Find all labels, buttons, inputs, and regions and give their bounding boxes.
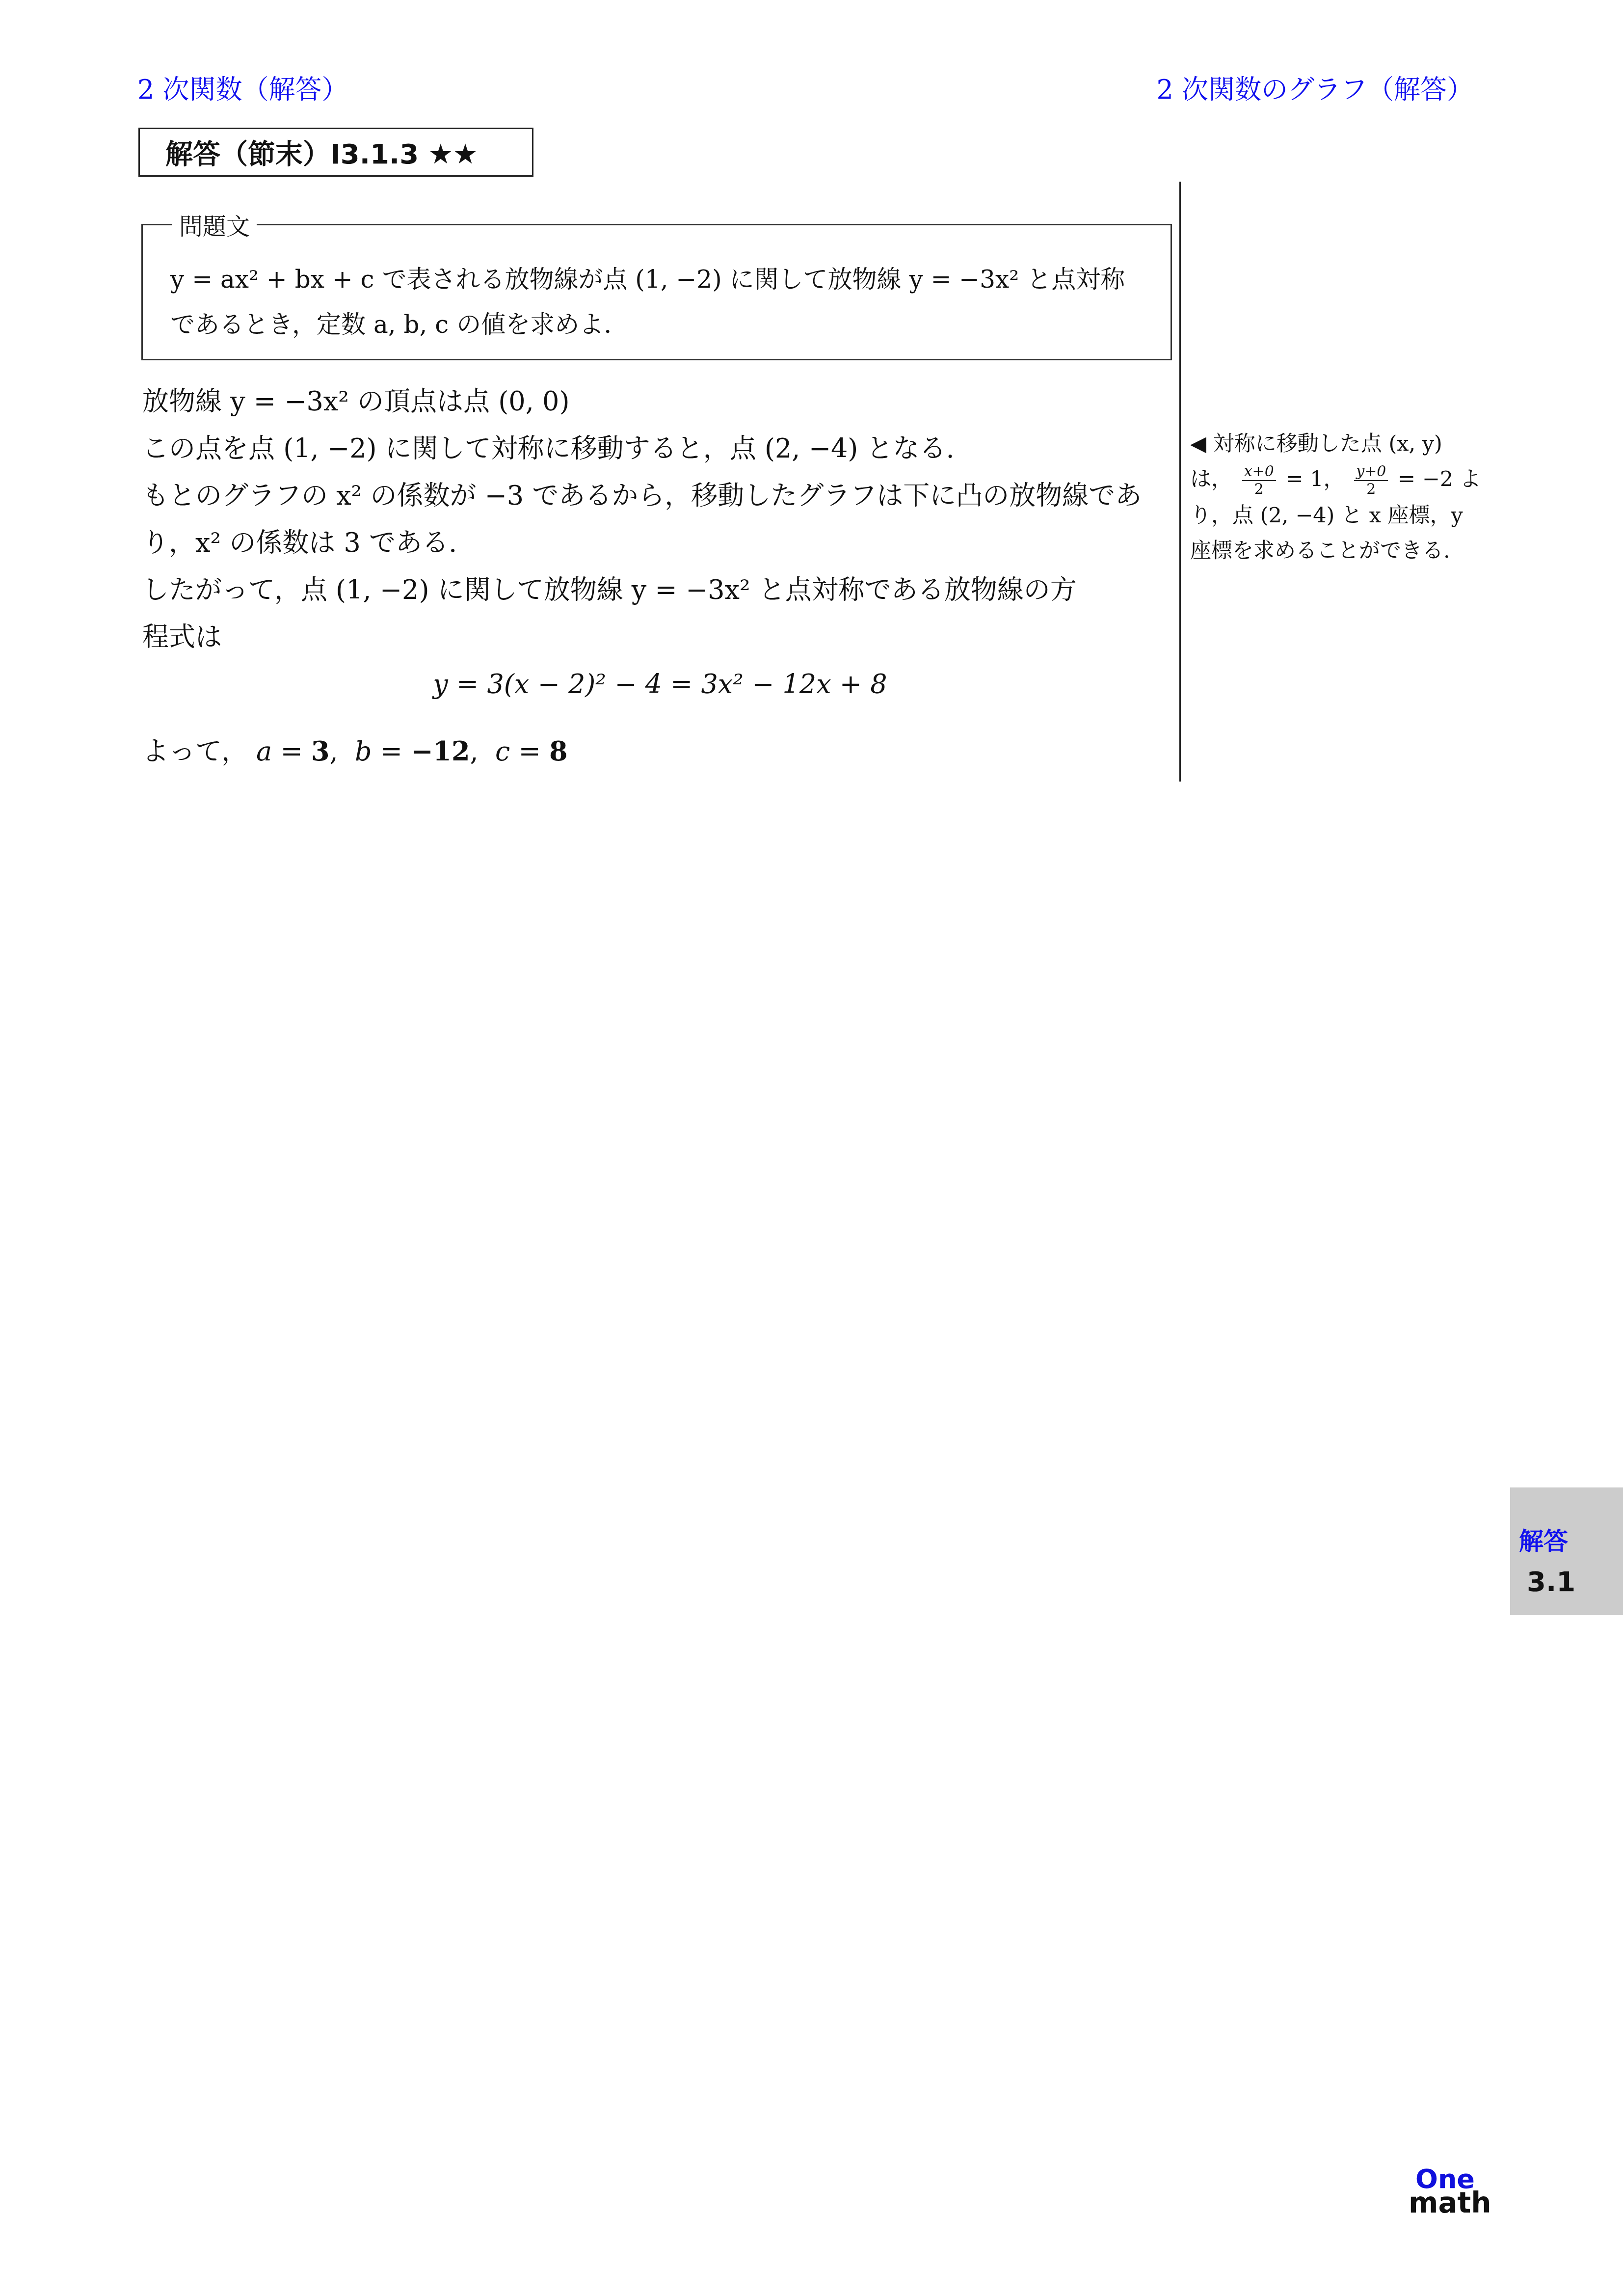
fraction-numerator: x+0 xyxy=(1242,463,1276,481)
solution-line: もとのグラフの x² の係数が −3 であるから，移動したグラフは下に凸の放物線… xyxy=(142,472,1178,519)
problem-statement-text: y = ax² + bx + c で表される放物線が点 (1, −2) に関して… xyxy=(170,257,1151,347)
logo-math-text: math xyxy=(1409,2191,1491,2215)
fraction-denominator: 2 xyxy=(1242,481,1276,498)
running-header-section: 2 次関数のグラフ（解答） xyxy=(1156,69,1473,107)
margin-divider xyxy=(1179,182,1181,782)
onemath-logo: One math xyxy=(1409,2167,1491,2215)
running-header-chapter: 2 次関数（解答） xyxy=(137,69,348,107)
problem-line-1: y = ax² + bx + c で表される放物線が点 (1, −2) に関して… xyxy=(170,257,1151,302)
margin-note-text: = −2 よ xyxy=(1398,467,1481,491)
solution-line: 程式は xyxy=(142,614,1178,661)
answer-prefix: よって， xyxy=(142,736,248,767)
solution-line: 放物線 y = −3x² の頂点は点 (0, 0) xyxy=(142,378,1178,425)
answer-c-value: 8 xyxy=(549,735,568,767)
solution-line: り，x² の係数は 3 である. xyxy=(142,519,1178,567)
margin-note-line-3: り，点 (2, −4) と x 座標，y xyxy=(1190,498,1494,533)
fraction-numerator: y+0 xyxy=(1354,463,1388,481)
problem-title: 解答（節末）I3.1.3 ★★ xyxy=(165,133,478,172)
problem-statement-box: 問題文 y = ax² + bx + c で表される放物線が点 (1, −2) … xyxy=(141,224,1172,360)
answer-b-label: b = xyxy=(355,736,411,767)
section-thumb-tab: 解答 3.1 xyxy=(1510,1487,1623,1615)
problem-line-2: であるとき，定数 a, b, c の値を求めよ. xyxy=(170,302,1151,347)
final-answer: よって， a = 3, b = −12, c = 8 xyxy=(142,728,1178,775)
triangle-left-icon: ◀ xyxy=(1190,432,1206,456)
problem-statement-label: 問題文 xyxy=(172,208,257,242)
section-tab-label: 解答 xyxy=(1519,1522,1568,1557)
section-tab-number: 3.1 xyxy=(1527,1566,1575,1598)
solution-line: この点を点 (1, −2) に関して対称に移動すると，点 (2, −4) となる… xyxy=(142,425,1178,472)
solution-line: したがって，点 (1, −2) に関して放物線 y = −3x² と点対称である… xyxy=(142,567,1178,614)
margin-note-text: 対称に移動した点 (x, y) xyxy=(1213,432,1442,456)
answer-separator: , xyxy=(329,736,346,767)
margin-note-text: = 1， xyxy=(1286,467,1345,491)
answer-separator: , xyxy=(470,736,487,767)
margin-note-line-2: は， x+0 2 = 1， y+0 2 = −2 よ xyxy=(1190,461,1494,498)
fraction: x+0 2 xyxy=(1242,463,1276,498)
solution-body: 放物線 y = −3x² の頂点は点 (0, 0) この点を点 (1, −2) … xyxy=(142,378,1178,775)
display-equation: y = 3(x − 2)² − 4 = 3x² − 12x + 8 xyxy=(142,661,1178,708)
answer-a-label: a = xyxy=(256,736,311,767)
fraction: y+0 2 xyxy=(1354,463,1388,498)
problem-title-box: 解答（節末）I3.1.3 ★★ xyxy=(138,128,533,177)
answer-c-label: c = xyxy=(495,736,549,767)
margin-note-text: は， xyxy=(1190,467,1232,491)
margin-note: ◀ 対称に移動した点 (x, y) は， x+0 2 = 1， y+0 2 = … xyxy=(1190,426,1494,568)
answer-a-value: 3 xyxy=(311,735,330,767)
margin-note-line-4: 座標を求めることができる. xyxy=(1190,533,1494,568)
answer-b-value: −12 xyxy=(411,735,470,767)
margin-note-line-1: ◀ 対称に移動した点 (x, y) xyxy=(1190,426,1494,461)
fraction-denominator: 2 xyxy=(1354,481,1388,498)
